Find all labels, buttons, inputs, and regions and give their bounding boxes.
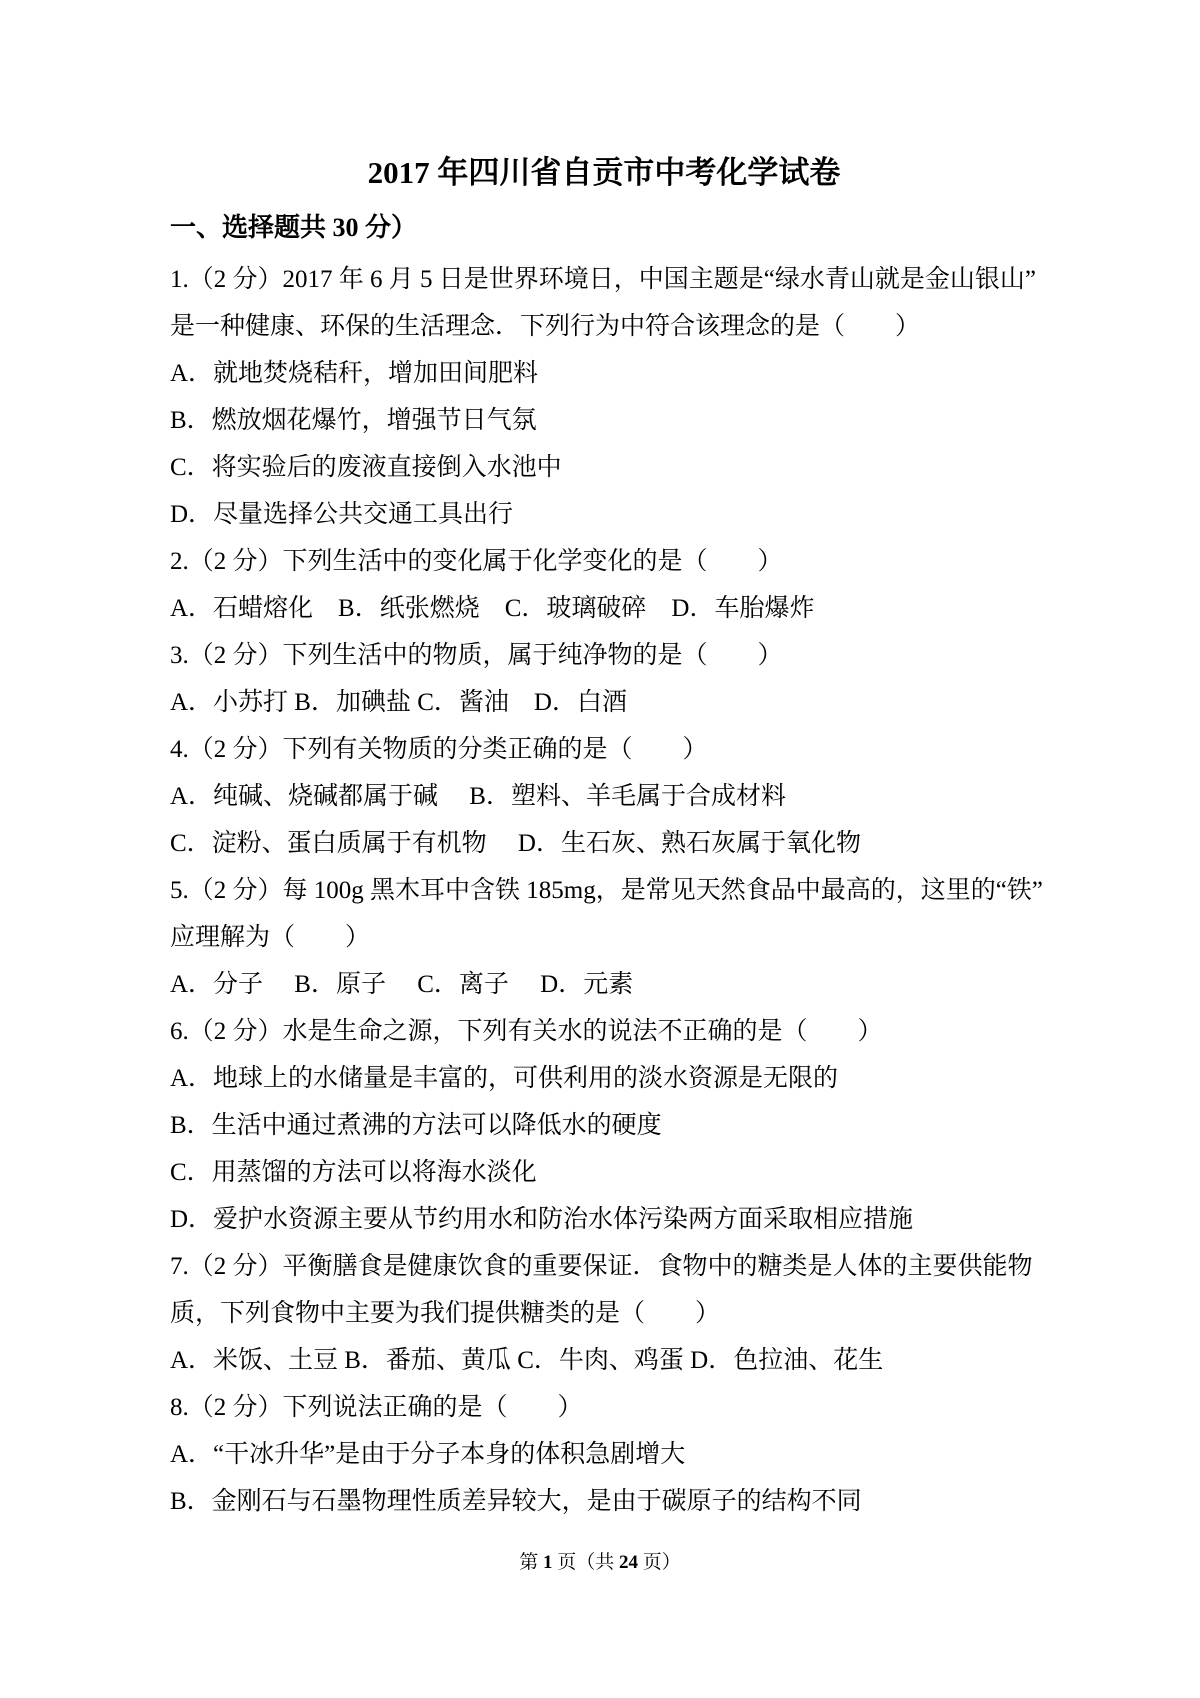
question-8-option-a: A．“干冰升华”是由于分子本身的体积急剧增大 (170, 1431, 1038, 1478)
question-8-stem: 8.（2 分）下列说法正确的是（ ） (170, 1384, 1038, 1431)
question-3-options: A．小苏打 B．加碘盐 C．酱油 D．白酒 (170, 679, 1038, 726)
document-content: 2017 年四川省自贡市中考化学试卷 一、选择题共 30 分） 1.（2 分）2… (170, 149, 1038, 1525)
question-5-stem-line-2: 应理解为（ ） (170, 914, 1038, 961)
footer-suffix: 页） (638, 1552, 681, 1573)
question-7-stem-line-2: 质，下列食物中主要为我们提供糖类的是（ ） (170, 1290, 1038, 1337)
question-1-option-c: C．将实验后的废液直接倒入水池中 (170, 444, 1038, 491)
footer-total-pages: 24 (619, 1552, 638, 1573)
page-footer: 第 1 页（共 24 页） (0, 1545, 1200, 1581)
question-6-option-c: C．用蒸馏的方法可以将海水淡化 (170, 1149, 1038, 1196)
question-6-option-d: D．爱护水资源主要从节约用水和防治水体污染两方面采取相应措施 (170, 1196, 1038, 1243)
question-6-option-a: A．地球上的水储量是丰富的，可供利用的淡水资源是无限的 (170, 1055, 1038, 1102)
section-heading: 一、选择题共 30 分） (170, 204, 1038, 251)
question-7-stem-line-1: 7.（2 分）平衡膳食是健康饮食的重要保证．食物中的糖类是人体的主要供能物 (170, 1243, 1038, 1290)
footer-prefix: 第 (519, 1552, 543, 1573)
question-4-options-ab: A．纯碱、烧碱都属于碱 B．塑料、羊毛属于合成材料 (170, 773, 1038, 820)
question-7-options: A．米饭、土豆 B．番茄、黄瓜 C．牛肉、鸡蛋 D．色拉油、花生 (170, 1337, 1038, 1384)
question-1-option-a: A．就地焚烧秸秆，增加田间肥料 (170, 350, 1038, 397)
question-4-stem: 4.（2 分）下列有关物质的分类正确的是（ ） (170, 726, 1038, 773)
question-1-stem-line-2: 是一种健康、环保的生活理念．下列行为中符合该理念的是（ ） (170, 303, 1038, 350)
question-1-stem-line-1: 1.（2 分）2017 年 6 月 5 日是世界环境日，中国主题是“绿水青山就是… (170, 256, 1038, 303)
question-3-stem: 3.（2 分）下列生活中的物质，属于纯净物的是（ ） (170, 632, 1038, 679)
question-1-option-d: D．尽量选择公共交通工具出行 (170, 491, 1038, 538)
exam-page: { "document": { "title": "2017 年四川省自贡市中考… (0, 0, 1200, 1698)
question-6-stem: 6.（2 分）水是生命之源，下列有关水的说法不正确的是（ ） (170, 1008, 1038, 1055)
document-lines: 1.（2 分）2017 年 6 月 5 日是世界环境日，中国主题是“绿水青山就是… (170, 256, 1038, 1525)
question-6-option-b: B．生活中通过煮沸的方法可以降低水的硬度 (170, 1102, 1038, 1149)
exam-title: 2017 年四川省自贡市中考化学试卷 (170, 149, 1038, 196)
question-4-options-cd: C．淀粉、蛋白质属于有机物 D．生石灰、熟石灰属于氧化物 (170, 820, 1038, 867)
question-5-options: A．分子 B．原子 C．离子 D．元素 (170, 961, 1038, 1008)
question-8-option-b: B．金刚石与石墨物理性质差异较大，是由于碳原子的结构不同 (170, 1478, 1038, 1525)
question-2-stem: 2.（2 分）下列生活中的变化属于化学变化的是（ ） (170, 538, 1038, 585)
question-5-stem-line-1: 5.（2 分）每 100g 黑木耳中含铁 185mg，是常见天然食品中最高的，这… (170, 867, 1038, 914)
footer-middle: 页（共 (552, 1552, 619, 1573)
question-2-options: A．石蜡熔化 B．纸张燃烧 C．玻璃破碎 D．车胎爆炸 (170, 585, 1038, 632)
question-1-option-b: B．燃放烟花爆竹，增强节日气氛 (170, 397, 1038, 444)
